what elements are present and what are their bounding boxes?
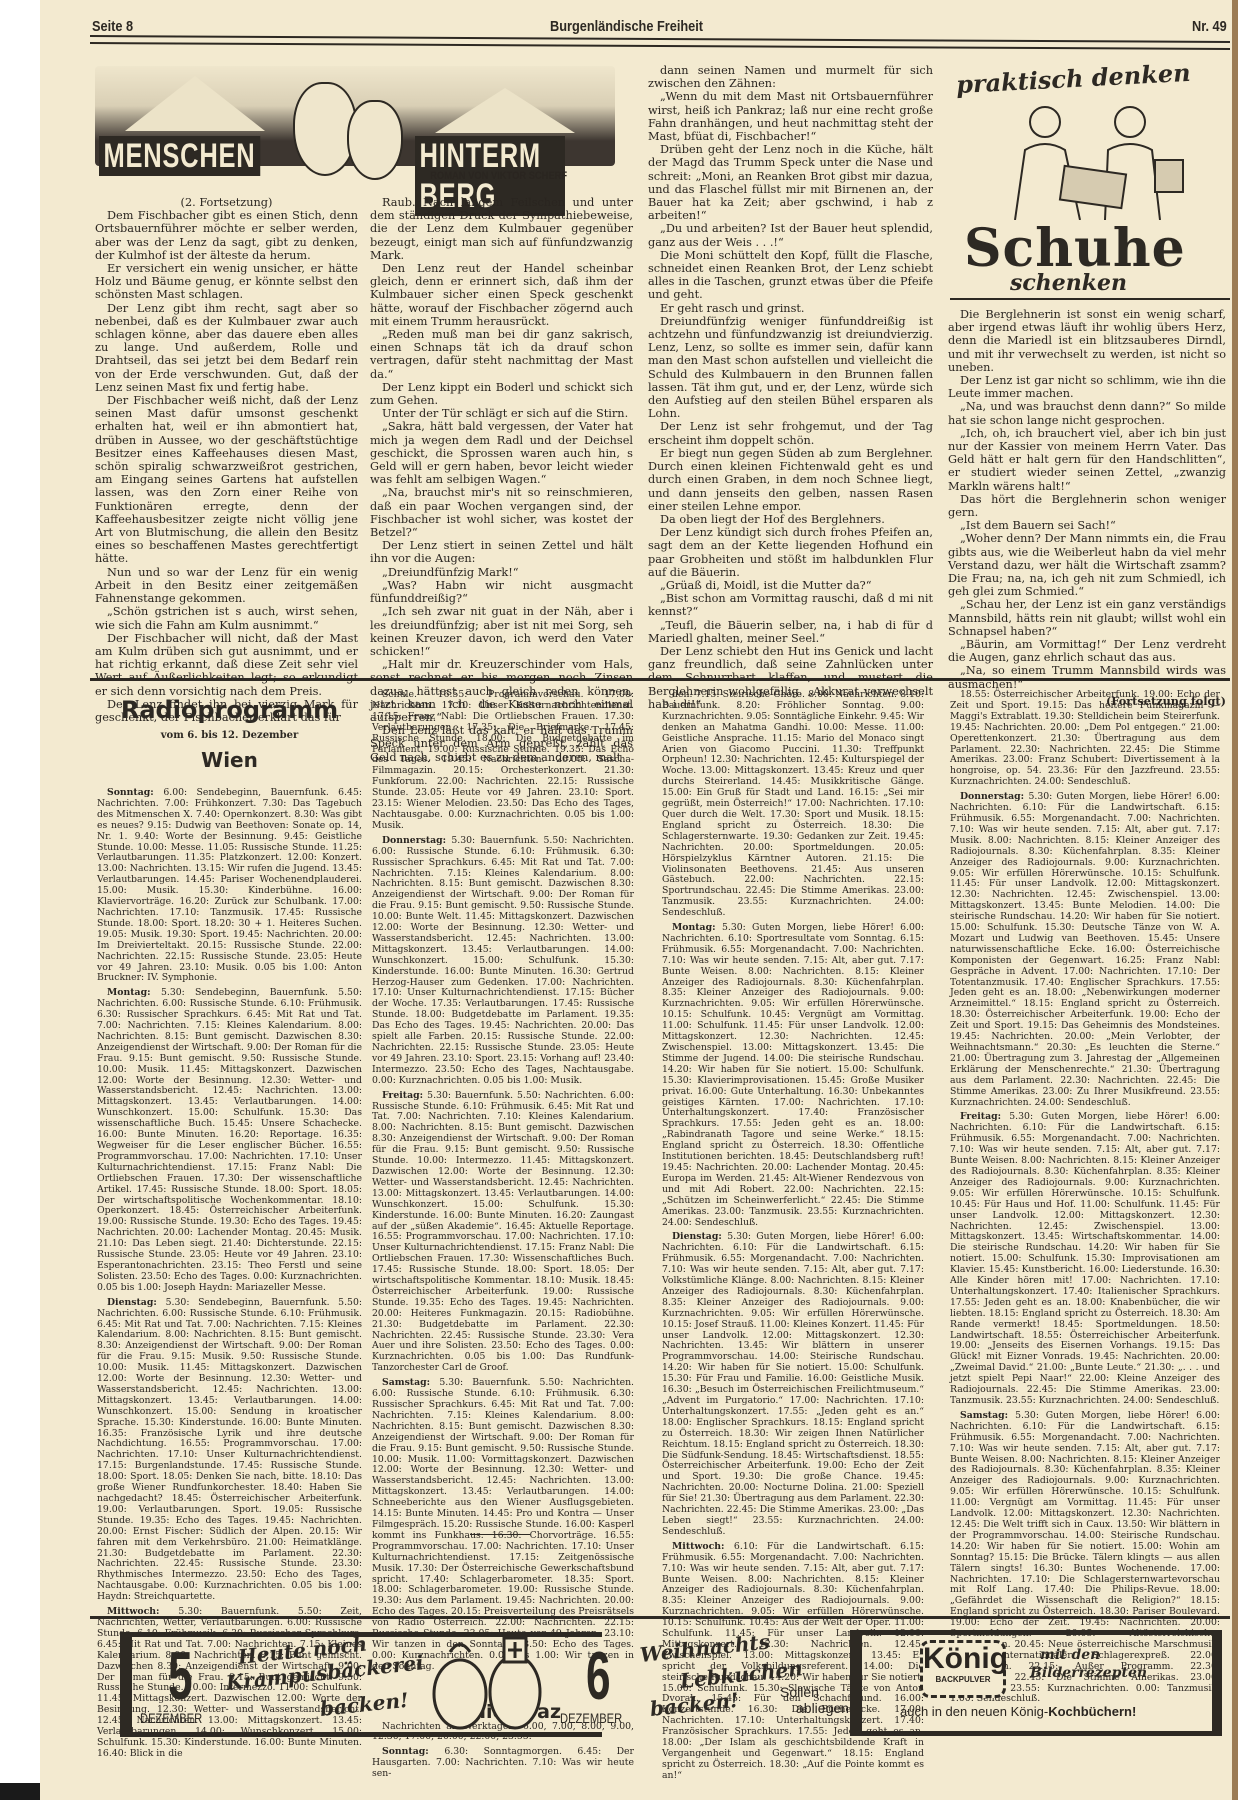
- paragraph: Der Lenz kündigt sich durch frohes Pfeif…: [648, 526, 933, 579]
- newspaper-name: Burgenländische Freiheit: [550, 18, 703, 35]
- novel-title-left: MENSCHEN: [99, 136, 260, 176]
- paragraph: Der Lenz gibt ihm recht, sagt aber so ne…: [95, 302, 358, 394]
- ad-subline: schenken: [1010, 270, 1127, 296]
- paragraph: „Grüaß di, Moidl, ist die Mutter da?“: [648, 579, 933, 592]
- paragraph: Nun und so war der Lenz für ein wenig Ar…: [95, 566, 358, 606]
- month-label: DEZEMBER: [560, 1710, 622, 1726]
- paragraph: „Woher denn? Der Mann nimmts ein, die Fr…: [948, 532, 1226, 598]
- brand-logo: König BACKPULVER: [920, 1640, 1006, 1698]
- program-entry: Donnerstag: 5.30: Bauernfunk. 5.50: Nach…: [372, 836, 634, 1087]
- paragraph: „Schau her, der Lenz ist ein ganz verstä…: [948, 598, 1226, 638]
- month-label: DEZEMBER: [140, 1710, 202, 1726]
- day-label: Mittwoch:: [672, 1541, 734, 1552]
- novel-column-3: dann seinen Namen und murmelt für sich z…: [648, 64, 933, 711]
- radio-column-4: 18.55: Österreichischer Arbeiterfunk. 19…: [950, 690, 1220, 1709]
- paragraph: dann seinen Namen und murmelt für sich z…: [648, 64, 933, 90]
- radio-column-2: Schule. 16.55: Programmvorschau. 17.00: …: [372, 690, 634, 1784]
- day-label: Dienstag:: [672, 1231, 727, 1242]
- program-entry: Sonntag: 6.30: Sonntagmorgen. 6.45: Der …: [372, 1747, 634, 1780]
- novel-banner: MENSCHEN HINTERM BERG ROMAN VON VIKTOR S…: [95, 66, 615, 184]
- paragraph: Die Berglehnerin ist sonst ein wenig sch…: [948, 308, 1226, 374]
- program-entry: Freitag: 5.30: Bauernfunk. 5.50: Nachric…: [372, 1091, 634, 1375]
- krampus-nikolaus-illustration: [420, 1632, 560, 1732]
- paragraph: „Schön gstrichen ist s auch, wirst sehen…: [95, 605, 358, 631]
- radio-title: Radioprogramm: [97, 696, 362, 724]
- paragraph: Der Lenz ist sehr frohgemut, und der Tag…: [648, 420, 933, 446]
- paragraph: „Na, und was brauchst denn dann?“ So mil…: [948, 400, 1226, 426]
- paragraph: „Teufl, die Bäuerin selber, na, i hab di…: [648, 619, 933, 645]
- paragraph: Der Lenz stiert in seinen Zettel und häl…: [370, 539, 633, 565]
- paragraph: Er geht rasch und grinst.: [648, 302, 933, 315]
- paragraph: Unter der Tür schlägt er sich auf die St…: [370, 407, 633, 420]
- station-wien: Wien: [97, 748, 362, 772]
- program-entry: Donnerstag: 5.30: Guten Morgen, liebe Hö…: [950, 792, 1220, 1108]
- program-entry: Samstag: 5.30: Bauernfunk. 5.50: Nachric…: [372, 1378, 634, 1672]
- section-rule: [90, 678, 1230, 681]
- brand-tagline-line: mit den: [1030, 1646, 1147, 1664]
- gift-exchange-illustration: [990, 100, 1190, 220]
- date-number-5: 5: [168, 1642, 193, 1710]
- day-label: Freitag:: [382, 1090, 427, 1101]
- brand-footer-text: auch in den neuen König-: [900, 1704, 1048, 1719]
- day-label: Montag:: [672, 922, 722, 933]
- day-label: Donnerstag:: [960, 791, 1028, 802]
- day-label: Samstag:: [960, 1410, 1015, 1421]
- paragraph: „Bist schon am Vormittag rauschi, daß d …: [648, 592, 933, 618]
- paragraph: Dreiundfünfzig weniger fünfunddreißig is…: [648, 315, 933, 421]
- program-entry: 18.55: Österreichischer Arbeiterfunk. 19…: [950, 690, 1220, 788]
- scan-edge: [0, 1783, 40, 1800]
- paragraph: „Reden muß man bei dir ganz sakrisch, ei…: [370, 328, 633, 381]
- novel-column-1: (2. Fortsetzung) Dem Fischbacher gibt es…: [95, 196, 358, 724]
- paragraph: „Ist dem Bauern sei Sach!“: [948, 519, 1226, 532]
- day-label: Sonntag:: [107, 787, 163, 798]
- paragraph: Der Lenz kippt ein Boderl und schickt si…: [370, 381, 633, 407]
- ad-text-line: backen!: [649, 1689, 740, 1720]
- paragraph: Der Fischbacher will nicht, daß der Mast…: [95, 632, 358, 698]
- paragraph: Der Fischbacher weiß nicht, daß der Lenz…: [95, 394, 358, 566]
- paragraph: „Was? Habn wir nicht ausgmacht fünfunddr…: [370, 579, 633, 605]
- brand-sub: BACKPULVER: [923, 1675, 1003, 1684]
- paragraph: „Na, brauchst mir's nit so reinschmieren…: [370, 486, 633, 539]
- paragraph: „Du und arbeiten? Ist der Bauer heut spl…: [648, 222, 933, 248]
- radio-column-3: den. 7.15: Steirische Chöre. 8.00: Nachr…: [662, 690, 924, 1786]
- program-entry: Schule. 16.55: Programmvorschau. 17.00: …: [372, 690, 634, 832]
- ad-note-line: abliegen!: [780, 1700, 853, 1716]
- paragraph: Er biegt nun gegen Süden ab zum Berglehn…: [648, 447, 933, 513]
- program-entry: Montag: 5.30: Sendebeginn, Bauernfunk. 5…: [97, 988, 362, 1293]
- brand-footer: auch in den neuen König-Kochbüchern!: [900, 1704, 1136, 1719]
- program-entry: den. 7.15: Steirische Chöre. 8.00: Nachr…: [662, 690, 924, 919]
- brand-tagline: mit den Bilderrezepten: [1030, 1646, 1147, 1682]
- novel-byline: ROMAN VON VIKTOR SCHERF: [430, 170, 567, 182]
- page-number: Seite 8: [92, 18, 133, 35]
- issue-number: Nr. 49: [1192, 18, 1227, 35]
- program-entry: Dienstag: 5.30: Guten Morgen, liebe Höre…: [662, 1232, 924, 1537]
- section-rule: [90, 1616, 1230, 1619]
- ad-note-line: Sollen: [780, 1684, 853, 1700]
- ad-rule: [950, 298, 1230, 300]
- program-entry: Montag: 5.30: Guten Morgen, liebe Hörer!…: [662, 923, 924, 1228]
- day-label: Samstag:: [382, 1377, 439, 1388]
- brand-tagline-line: Bilderrezepten: [1030, 1664, 1147, 1682]
- paragraph: „Ich seh zwar nit guat in der Näh, aber …: [370, 605, 633, 658]
- day-label: Freitag:: [960, 1111, 1009, 1122]
- paragraph: „Ich, oh, ich brauchert viel, aber ich b…: [948, 427, 1226, 493]
- program-entry: Dienstag: 5.30: Sendebeginn, Bauernfunk.…: [97, 1298, 362, 1603]
- portrait-illustration: [285, 74, 415, 179]
- installment-label: (2. Fortsetzung): [95, 196, 358, 209]
- paragraph: „Wenn du mit dem Mast nit Ortsbauernführ…: [648, 90, 933, 143]
- paragraph: Drüben geht der Lenz noch in die Küche, …: [648, 143, 933, 222]
- paragraph: Die Moni schüttelt den Kopf, füllt die F…: [648, 249, 933, 302]
- woman-face-icon: [347, 100, 403, 180]
- paragraph: Raub. Nach langem Feilschen und unter de…: [370, 196, 633, 262]
- page-edge: [1232, 0, 1238, 1800]
- mountain-icon: [125, 76, 265, 131]
- mountain-icon: [435, 88, 575, 133]
- day-label: Montag:: [107, 987, 161, 998]
- radio-dates: vom 6. bis 12. Dezember: [97, 730, 362, 741]
- ad-note: Sollen abliegen!: [780, 1684, 853, 1716]
- paragraph: Dem Fischbacher gibt es einen Stich, den…: [95, 209, 358, 262]
- brand-name: König: [923, 1643, 1003, 1675]
- date-number-6: 6: [586, 1642, 611, 1710]
- brand-footer-emphasis: Kochbüchern!: [1048, 1704, 1136, 1719]
- paragraph: „Dreiundfünfzig Mark!“: [370, 566, 633, 579]
- day-label: Sonntag:: [382, 1746, 444, 1757]
- day-label: Donnerstag:: [382, 835, 451, 846]
- section-separator: [470, 1534, 530, 1535]
- baking-advertisement: 5 DEZEMBER Heute noch Krampusbäckerei ba…: [120, 1632, 1220, 1732]
- paragraph: Er versichert ein wenig unsicher, er hät…: [95, 262, 358, 302]
- paragraph: „Bäurin, am Vormittag!“ Der Lenz verdreh…: [948, 638, 1226, 664]
- paragraph: Da oben liegt der Hof des Berglehners.: [648, 513, 933, 526]
- ad-tagline: praktisch denken: [955, 58, 1191, 99]
- novel-column-4: Die Berglehnerin ist sonst ein wenig sch…: [948, 308, 1226, 708]
- shoe-advertisement: praktisch denken Schuhe schenken: [950, 60, 1230, 300]
- program-entry: Freitag: 5.30: Guten Morgen, liebe Hörer…: [950, 1112, 1220, 1406]
- day-label: Dienstag:: [107, 1297, 166, 1308]
- paragraph: Der Lenz ist gar nicht so schlimm, wie i…: [948, 374, 1226, 400]
- paragraph: Den Lenz reut der Handel scheinbar gleic…: [370, 262, 633, 328]
- paragraph: Das hört die Berglehnerin schon weniger …: [948, 493, 1226, 519]
- paragraph: „Sakra, hätt bald vergessen, der Vater h…: [370, 420, 633, 486]
- program-entry: Sonntag: 6.00: Sendebeginn, Bauernfunk. …: [97, 788, 362, 984]
